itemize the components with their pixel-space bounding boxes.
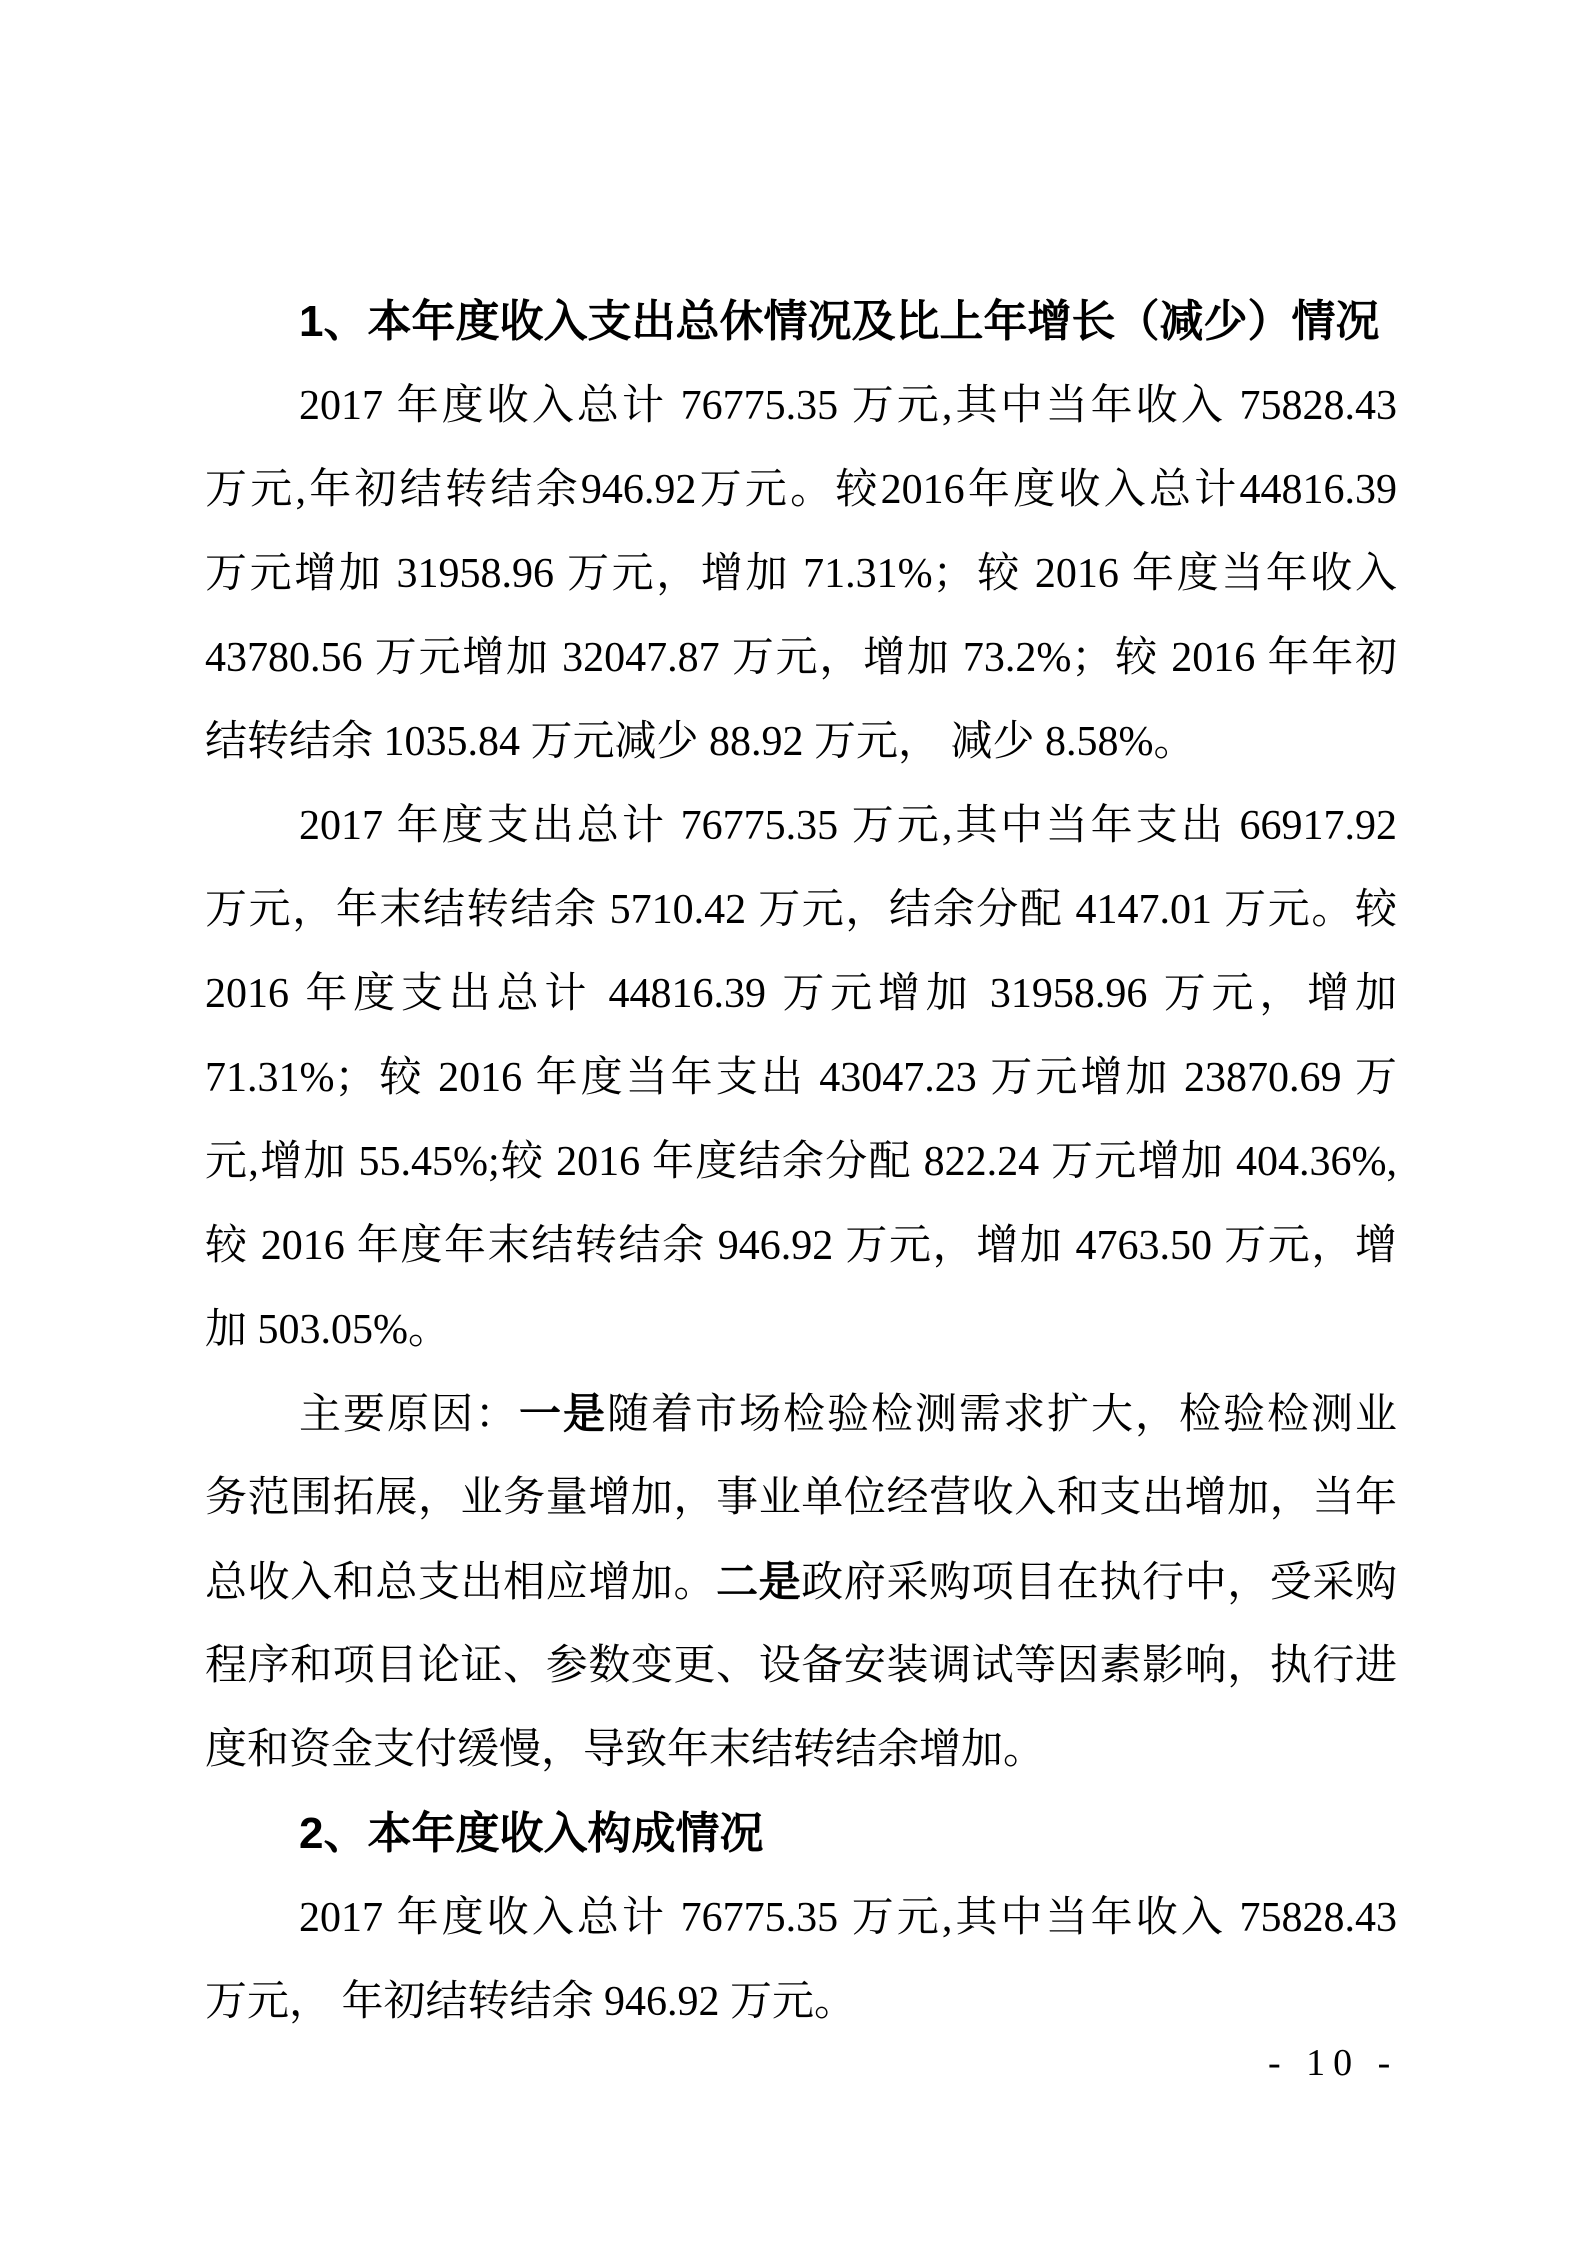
text-line: 万元， 年初结转结余 946.92 万元。 [205, 1960, 1397, 2044]
text-segment: 主要原因： [299, 1392, 519, 1438]
emphasis-text: 一是 [519, 1390, 607, 1437]
text-line: 务范围拓展，业务量增加，事业单位经营收入和支出增加，当年 [205, 1456, 1397, 1540]
text-segment: 万元,年初结转结余946.92万元。较2016年度收入总计44816.39 [205, 467, 1397, 513]
text-segment: 加 503.05%。 [205, 1307, 450, 1353]
emphasis-text: 2、本年度收入构成情况 [299, 1809, 763, 1858]
text-segment: 度和资金支付缓慢，导致年末结转结余增加。 [205, 1727, 1045, 1773]
text-line: 结转结余 1035.84 万元减少 88.92 万元， 减少 8.58%。 [205, 700, 1397, 784]
text-line: 2016 年度支出总计 44816.39 万元增加 31958.96 万元，增加 [205, 952, 1397, 1036]
text-line: 元,增加 55.45%;较 2016 年度结余分配 822.24 万元增加 40… [205, 1120, 1397, 1204]
text-segment: 2016 年度支出总计 44816.39 万元增加 31958.96 万元，增加 [205, 971, 1397, 1017]
text-segment: 结转结余 1035.84 万元减少 88.92 万元， 减少 8.58%。 [205, 719, 1196, 765]
text-line: 总收入和总支出相应增加。二是政府采购项目在执行中，受采购 [205, 1540, 1397, 1624]
section-heading: 1、本年度收入支出总休情况及比上年增长（减少）情况 [205, 280, 1397, 364]
text-segment: 元,增加 55.45%;较 2016 年度结余分配 822.24 万元增加 40… [205, 1139, 1397, 1185]
text-segment: 政府采购项目在执行中，受采购 [801, 1560, 1397, 1606]
text-line: 2017 年度支出总计 76775.35 万元,其中当年支出 66917.92 [205, 784, 1397, 868]
text-line: 万元,年初结转结余946.92万元。较2016年度收入总计44816.39 [205, 448, 1397, 532]
text-segment: 万元，年末结转结余 5710.42 万元，结余分配 4147.01 万元。较 [205, 887, 1397, 933]
text-line: 万元增加 31958.96 万元，增加 71.31%；较 2016 年度当年收入 [205, 532, 1397, 616]
emphasis-text: 1、本年度收入支出总休情况及比上年增长（减少）情况 [299, 297, 1379, 346]
text-segment: 总收入和总支出相应增加。 [205, 1560, 716, 1606]
text-line: 2017 年度收入总计 76775.35 万元,其中当年收入 75828.43 [205, 364, 1397, 448]
document-body: 1、本年度收入支出总休情况及比上年增长（减少）情况2017 年度收入总计 767… [205, 280, 1397, 2044]
text-segment: 万元增加 31958.96 万元，增加 71.31%；较 2016 年度当年收入 [205, 551, 1397, 597]
text-segment: 务范围拓展，业务量增加，事业单位经营收入和支出增加，当年 [205, 1475, 1397, 1521]
text-segment: 71.31%；较 2016 年度当年支出 43047.23 万元增加 23870… [205, 1055, 1397, 1101]
text-segment: 2017 年度收入总计 76775.35 万元,其中当年收入 75828.43 [299, 383, 1397, 429]
text-segment: 万元， 年初结转结余 946.92 万元。 [205, 1979, 856, 2025]
text-segment: 随着市场检验检测需求扩大，检验检测业 [607, 1392, 1397, 1438]
text-line: 主要原因：一是随着市场检验检测需求扩大，检验检测业 [205, 1372, 1397, 1456]
text-line: 2017 年度收入总计 76775.35 万元,其中当年收入 75828.43 [205, 1876, 1397, 1960]
text-segment: 较 2016 年度年末结转结余 946.92 万元，增加 4763.50 万元，… [205, 1223, 1397, 1269]
text-line: 万元，年末结转结余 5710.42 万元，结余分配 4147.01 万元。较 [205, 868, 1397, 952]
text-segment: 2017 年度收入总计 76775.35 万元,其中当年收入 75828.43 [299, 1895, 1397, 1941]
text-line: 较 2016 年度年末结转结余 946.92 万元，增加 4763.50 万元，… [205, 1204, 1397, 1288]
text-line: 71.31%；较 2016 年度当年支出 43047.23 万元增加 23870… [205, 1036, 1397, 1120]
text-line: 程序和项目论证、参数变更、设备安装调试等因素影响，执行进 [205, 1624, 1397, 1708]
text-segment: 程序和项目论证、参数变更、设备安装调试等因素影响，执行进 [205, 1643, 1397, 1689]
text-segment: 43780.56 万元增加 32047.87 万元，增加 73.2%；较 201… [205, 635, 1397, 681]
text-line: 43780.56 万元增加 32047.87 万元，增加 73.2%；较 201… [205, 616, 1397, 700]
page-number: - 10 - [1268, 2038, 1398, 2088]
text-line: 加 503.05%。 [205, 1288, 1397, 1372]
emphasis-text: 二是 [716, 1558, 801, 1605]
text-line: 度和资金支付缓慢，导致年末结转结余增加。 [205, 1708, 1397, 1792]
text-segment: 2017 年度支出总计 76775.35 万元,其中当年支出 66917.92 [299, 803, 1397, 849]
section-heading: 2、本年度收入构成情况 [205, 1792, 1397, 1876]
document-page: 1、本年度收入支出总休情况及比上年增长（减少）情况2017 年度收入总计 767… [0, 0, 1587, 2245]
